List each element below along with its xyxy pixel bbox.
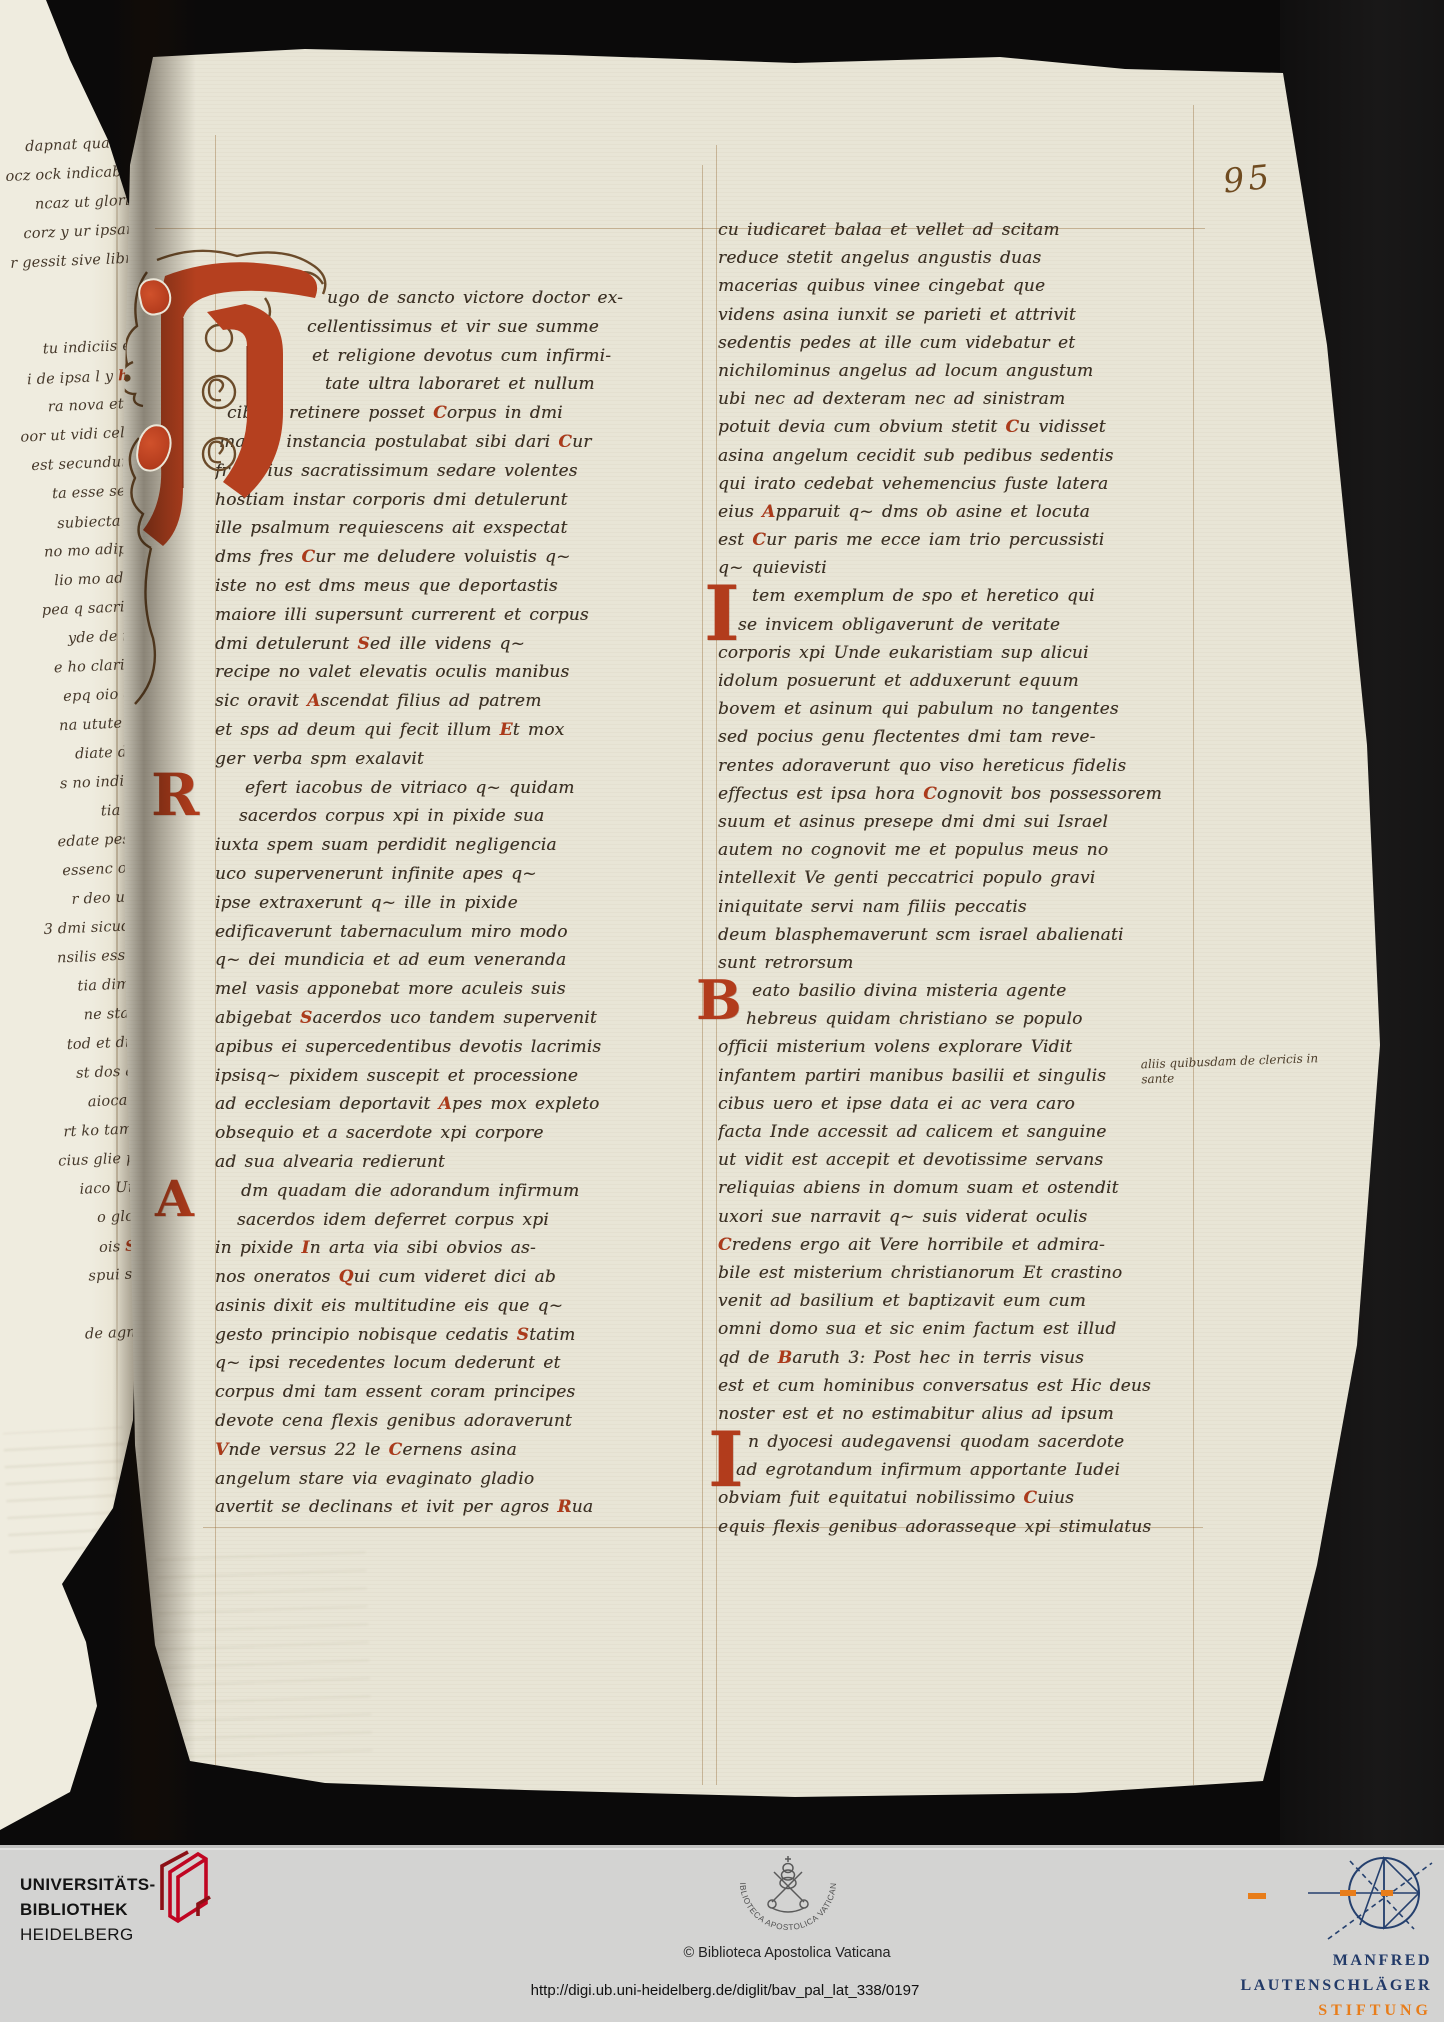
manuscript-line: venit ad basilium et baptizavit eum cum — [718, 1291, 1204, 1319]
lautenschlaeger-logo-text: MANFRED LAUTENSCHLÄGER STIFTUNG — [1241, 1948, 1432, 2022]
manuscript-line: autem no cognovit me et populus meus no — [718, 840, 1204, 868]
rubricated-initial-I: I — [708, 1427, 744, 1494]
manuscript-line: qui irato cedebat vehemencius fuste late… — [718, 474, 1204, 502]
manuscript-line: corporis xpi Unde eukaristiam sup alicui — [718, 643, 1204, 671]
manuscript-line: mel vasis apponebat more aculeis suis — [215, 979, 717, 1008]
manuscript-line: eato basilio divina misteria agente — [718, 981, 1204, 1009]
mls-line3: STIFTUNG — [1241, 1998, 1432, 2022]
rubricated-initial-B: B — [696, 977, 742, 1025]
vatican-library-seal: BIBLIOTECA APOSTOLICA VATICANA — [726, 1848, 850, 1944]
digitized-manuscript-viewer: dapnat quadruocz ock indicabilisncaz ut … — [0, 0, 1444, 2022]
manuscript-line: nos oneratos Qui cum videret dici ab — [215, 1267, 717, 1296]
ub-line3: HEIDELBERG — [20, 1922, 156, 1947]
manuscript-line: est et cum hominibus conversatus est Hic… — [718, 1376, 1204, 1404]
vatican-copyright: © Biblioteca Apostolica Vaticana — [597, 1945, 977, 1961]
manuscript-line: nichilominus angelus ad locum angustum — [718, 361, 1204, 389]
manuscript-line: hebreus quidam christiano se populo — [718, 1009, 1204, 1037]
manuscript-line: videns asina iunxit se parieti et attriv… — [718, 305, 1204, 333]
manuscript-line: rentes adoraverunt quo viso hereticus fi… — [718, 756, 1204, 784]
manuscript-line: abigebat Sacerdos uco tandem supervenit — [215, 1008, 717, 1037]
manuscript-line: sacerdos corpus xpi in pixide sua — [215, 806, 717, 835]
manuscript-line: iniquitate servi nam filiis peccatis — [718, 897, 1204, 925]
manuscript-line: angelum stare via evaginato gladio — [215, 1469, 717, 1498]
seal-curved-text: BIBLIOTECA APOSTOLICA VATICANA — [726, 1848, 838, 1932]
manuscript-line: ipsisq~ pixidem suscepit et processione — [215, 1066, 717, 1095]
manuscript-line: gesto principio nobisque cedatis Statim — [215, 1325, 717, 1354]
manuscript-line: sedentis pedes at ille cum videbatur et — [718, 333, 1204, 361]
ub-line2: BIBLIOTHEK — [20, 1897, 156, 1922]
manuscript-line: tem exemplum de spo et heretico qui — [718, 586, 1204, 614]
ub-heidelberg-logo-text: UNIVERSITÄTS- BIBLIOTHEK HEIDELBERG — [20, 1872, 156, 1947]
manuscript-line: omni domo sua et sic enim factum est ill… — [718, 1319, 1204, 1347]
manuscript-line: n dyocesi audegavensi quodam sacerdote — [718, 1432, 1204, 1460]
manuscript-line: q~ dei mundicia et ad eum veneranda — [215, 950, 717, 979]
manuscript-line: facta Inde accessit ad calicem et sangui… — [718, 1122, 1204, 1150]
lautenschlaeger-globe-icon — [1290, 1853, 1444, 1943]
mls-orange-dash — [1248, 1893, 1266, 1899]
manuscript-line: devote cena flexis genibus adoraverunt — [215, 1411, 717, 1440]
manuscript-line: cibus uero et ipse data ei ac vera caro — [718, 1094, 1204, 1122]
manuscript-line: uxori sue narravit q~ suis viderat oculi… — [718, 1207, 1204, 1235]
manuscript-line: eius Apparuit q~ dms ob asine et locuta — [718, 502, 1204, 530]
manuscript-line: infantem partiri manibus basilii et sing… — [718, 1066, 1204, 1094]
column-left: H ugo de sancto victore doctor ex-cellen… — [215, 288, 717, 1526]
manuscript-line: ipse extraxerunt q~ ille in pixide — [215, 893, 717, 922]
manuscript-line: deum blasphemaverunt scm israel abaliena… — [718, 925, 1204, 953]
rubricated-initial-I: I — [704, 581, 740, 648]
rubricated-initial-A: A — [155, 1177, 194, 1221]
manuscript-line: avertit se declinans et ivit per agros R… — [215, 1497, 717, 1526]
manuscript-line: obsequio et a sacerdote xpi corpore — [215, 1123, 717, 1152]
manuscript-line: cu iudicaret balaa et vellet ad scitam — [718, 220, 1204, 248]
right-column-lines: cu iudicaret balaa et vellet ad scitamre… — [718, 220, 1204, 1545]
manuscript-line: macerias quibus vinee cingebat que — [718, 276, 1204, 304]
papal-keys-tiara-emblem — [768, 1856, 808, 1912]
mls-line1: MANFRED — [1241, 1948, 1432, 1973]
manuscript-line: edificaverunt tabernaculum miro modo — [215, 922, 717, 951]
manuscript-line: q~ quievisti — [718, 558, 1204, 586]
column-right: cu iudicaret balaa et vellet ad scitamre… — [718, 220, 1204, 1545]
manuscript-line: dm quadam die adorandum infirmum — [215, 1181, 717, 1210]
manuscript-line: Credens ergo ait Vere horribile et admir… — [718, 1235, 1204, 1263]
manuscript-line: ad sua alvearia redierunt — [215, 1152, 717, 1181]
mls-line2: LAUTENSCHLÄGER — [1241, 1973, 1432, 1998]
manuscript-line: idolum posuerunt et adduxerunt equum — [718, 671, 1204, 699]
manuscript-line: ad egrotandum infirmum apportante Iudei — [718, 1460, 1204, 1488]
manuscript-line: dapnat quadru — [4, 134, 137, 169]
manuscript-line: sunt retrorsum — [718, 953, 1204, 981]
manuscript-line: intellexit Ve genti peccatrici populo gr… — [718, 868, 1204, 896]
manuscript-line: obviam fuit equitatui nobilissimo Cuius — [718, 1488, 1204, 1516]
manuscript-line: in pixide In arta via sibi obvios as- — [215, 1238, 717, 1267]
footer-bar: UNIVERSITÄTS- BIBLIOTHEK HEIDELBERG BIBL… — [0, 1845, 1444, 2022]
manuscript-line: uco supervenerunt infinite apes q~ — [215, 864, 717, 893]
ub-line1: UNIVERSITÄTS- — [20, 1872, 156, 1897]
manuscript-line: potuit devia cum obvium stetit Cu vidiss… — [718, 417, 1204, 445]
ink-bleedthrough — [3, 1427, 129, 1553]
manuscript-line: apibus ei supercedentibus devotis lacrim… — [215, 1037, 717, 1066]
manuscript-line: noster est et no estimabitur alius ad ip… — [718, 1404, 1204, 1432]
svg-text:BIBLIOTECA APOSTOLICA VATICANA: BIBLIOTECA APOSTOLICA VATICANA — [726, 1848, 838, 1932]
manuscript-line: corpus dmi tam essent coram principes — [215, 1382, 717, 1411]
manuscript-line: equis flexis genibus adorasseque xpi sti… — [718, 1517, 1204, 1545]
source-url: http://digi.ub.uni-heidelberg.de/diglit/… — [430, 1982, 1020, 1999]
manuscript-line: qd de Baruth 3: Post hec in terris visus — [718, 1348, 1204, 1376]
ink-bleedthrough — [155, 1541, 372, 1758]
manuscript-line: bile est misterium christianorum Et cras… — [718, 1263, 1204, 1291]
ub-heidelberg-book-icon — [140, 1850, 235, 1938]
manuscript-line: ad ecclesiam deportavit Apes mox expleto — [215, 1094, 717, 1123]
manuscript-line: sed pocius genu flectentes dmi tam reve- — [718, 727, 1204, 755]
rubricated-initial-R: R — [151, 770, 199, 821]
manuscript-line: effectus est ipsa hora Cognovit bos poss… — [718, 784, 1204, 812]
manuscript-line: officii misterium volens explorare Vidit — [718, 1037, 1204, 1065]
manuscript-line: se invicem obligaverunt de veritate — [718, 615, 1204, 643]
manuscript-line: bovem et asinum qui pabulum no tangentes — [718, 699, 1204, 727]
manuscript-line: ger verba spm exalavit — [215, 749, 717, 778]
manuscript-line: reduce stetit angelus angustis duas — [718, 248, 1204, 276]
manuscript-line: efert iacobus de vitriaco q~ quidam — [215, 778, 717, 807]
manuscript-line: sacerdos idem deferret corpus xpi — [215, 1210, 717, 1239]
manuscript-line: q~ ipsi recedentes locum dederunt et — [215, 1353, 717, 1382]
manuscript-line: iuxta spem suam perdidit negligencia — [215, 835, 717, 864]
manuscript-line: et sps ad deum qui fecit illum Et mox — [215, 720, 717, 749]
manuscript-line: Vnde versus 22 le Cernens asina — [215, 1440, 717, 1469]
manuscript-line: ubi nec ad dexteram nec ad sinistram — [718, 389, 1204, 417]
manuscript-line: est Cur paris me ecce iam trio percussis… — [718, 530, 1204, 558]
manuscript-page: 95 — [95, 45, 1387, 1801]
manuscript-line: ut vidit est accepit et devotissime serv… — [718, 1150, 1204, 1178]
manuscript-line: reliquias abiens in domum suam et ostend… — [718, 1178, 1204, 1206]
manuscript-line: asinis dixit eis multitudine eis que q~ — [215, 1296, 717, 1325]
manuscript-line: asina angelum cecidit sub pedibus sedent… — [718, 446, 1204, 474]
manuscript-line: suum et asinus presepe dmi dmi sui Israe… — [718, 812, 1204, 840]
